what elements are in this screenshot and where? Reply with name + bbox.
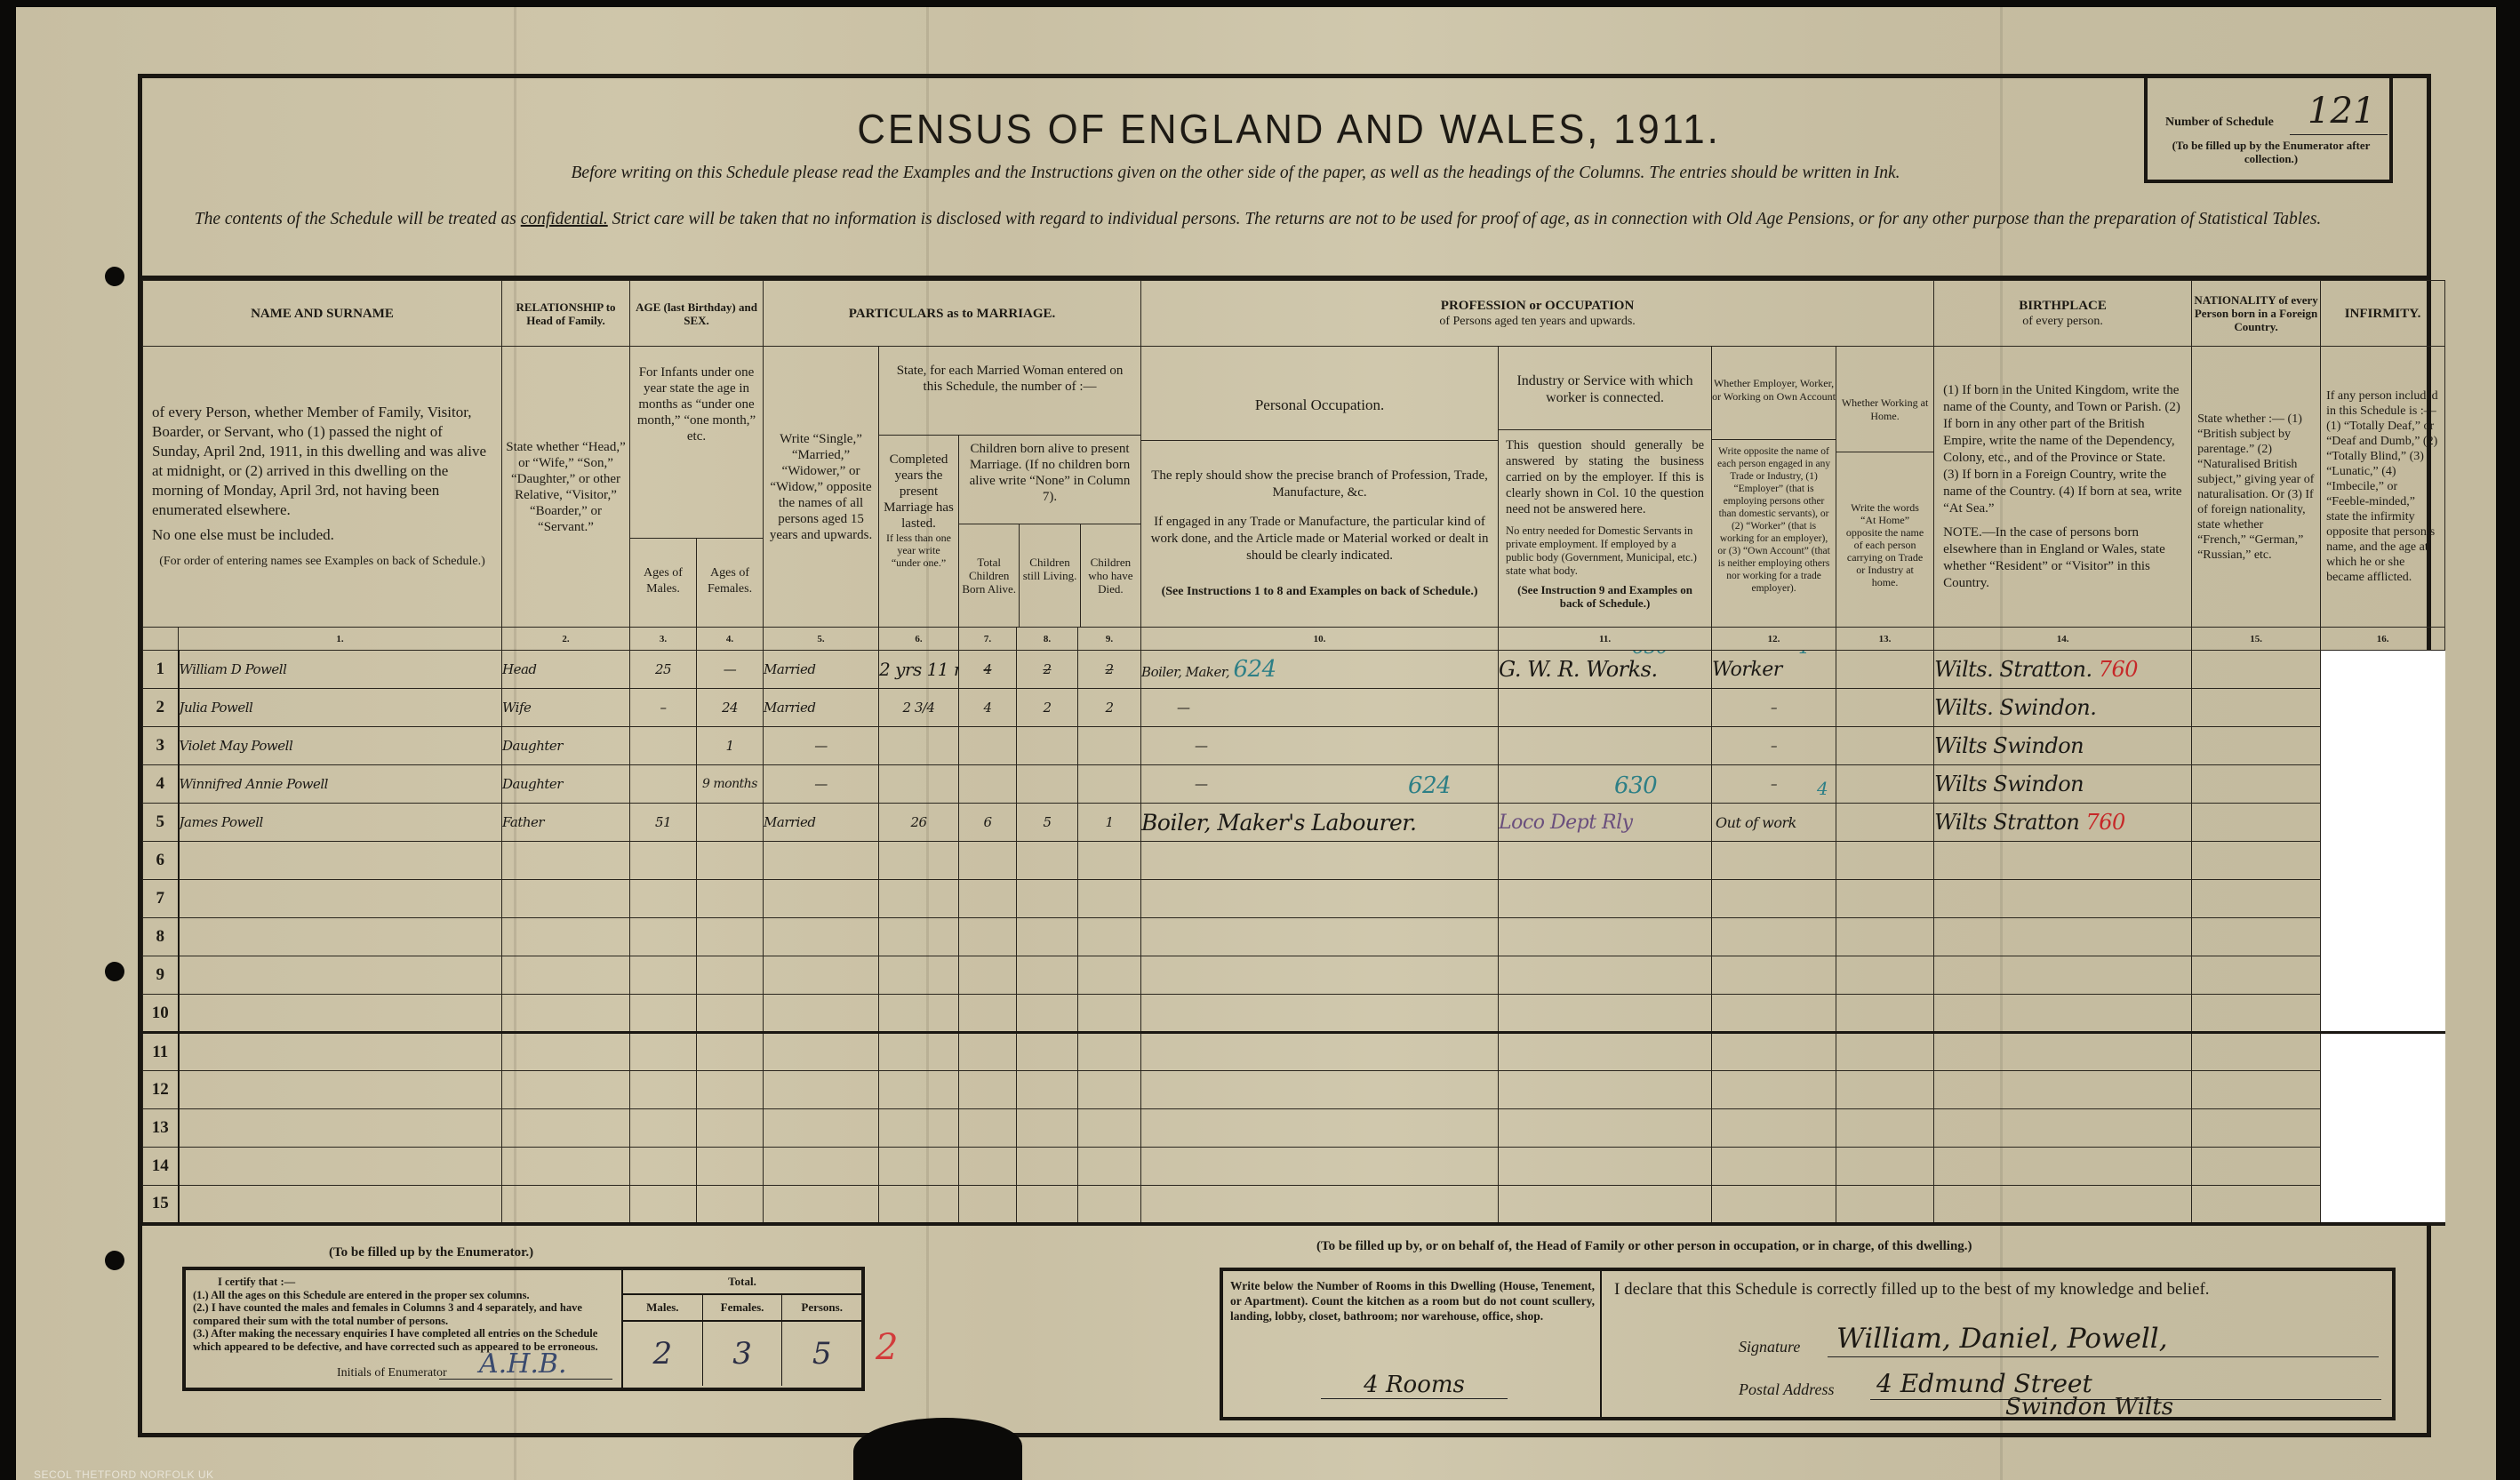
cell[interactable] <box>1934 1033 2192 1071</box>
cell-employment[interactable]: Worker4 <box>1712 651 1836 689</box>
cell[interactable] <box>879 956 959 995</box>
cell-children-living[interactable] <box>1017 765 1078 804</box>
cell-infirmity-redacted <box>2321 727 2445 765</box>
rooms-count[interactable]: 4 Rooms <box>1321 1372 1508 1399</box>
cell-employment[interactable]: –4 <box>1712 765 1836 804</box>
address-line-2[interactable]: Swindon Wilts <box>2005 1394 2173 1420</box>
cell-years-married[interactable]: 2 3/4 <box>879 689 959 727</box>
row-number: 4 <box>143 765 179 804</box>
cell-name[interactable]: Julia Powell <box>179 689 502 727</box>
cell-name[interactable] <box>179 1186 502 1224</box>
cell-occupation[interactable]: — <box>1141 727 1499 765</box>
cell-occupation[interactable]: — <box>1141 689 1499 727</box>
cell[interactable] <box>959 1186 1017 1224</box>
desc-name-no-one: No one else must be included. <box>152 525 492 545</box>
cell[interactable] <box>1712 1109 1836 1148</box>
cell[interactable] <box>1712 880 1836 918</box>
cell-children-living[interactable]: 2 <box>1017 651 1078 689</box>
cell[interactable] <box>1712 956 1836 995</box>
cell[interactable] <box>1499 1109 1712 1148</box>
cell[interactable] <box>1712 1186 1836 1224</box>
cell-years-married[interactable]: 2 yrs 11 mos <box>879 651 959 689</box>
cell[interactable] <box>502 1109 630 1148</box>
cell[interactable] <box>1017 1033 1078 1071</box>
row-number: 3 <box>143 727 179 765</box>
cell[interactable] <box>2192 956 2321 995</box>
cell-age-female[interactable]: 9 months <box>697 765 764 804</box>
column-number: 2. <box>502 628 630 651</box>
cell[interactable] <box>959 1033 1017 1071</box>
cell-at-home[interactable] <box>1836 727 1934 765</box>
employment-code-row5: 4 <box>1817 778 1828 799</box>
cell-age-male[interactable] <box>630 727 697 765</box>
cell[interactable] <box>1078 956 1141 995</box>
cell[interactable] <box>1836 1109 1934 1148</box>
total-males[interactable]: 2 <box>623 1322 703 1386</box>
cell[interactable] <box>1141 1186 1499 1224</box>
cell[interactable] <box>502 1148 630 1186</box>
column-number: 12. <box>1712 628 1836 651</box>
cell-nationality[interactable] <box>2192 727 2321 765</box>
cell-name[interactable] <box>179 995 502 1033</box>
cell-infirmity-redacted <box>2321 880 2445 918</box>
cell[interactable] <box>959 956 1017 995</box>
cell-occupation[interactable]: Boiler, Maker's Labourer. <box>1141 804 1499 842</box>
cell[interactable] <box>697 956 764 995</box>
cell-age-female[interactable]: 1 <box>697 727 764 765</box>
cell[interactable] <box>764 842 879 880</box>
table-row[interactable]: 2 Julia Powell Wife – 24 Married 2 3/4 4… <box>143 689 2445 727</box>
cell-age-male[interactable]: – <box>630 689 697 727</box>
cell-children-died[interactable]: 2 <box>1078 689 1141 727</box>
cell-birthplace[interactable]: Wilts. Swindon. <box>1934 689 2192 727</box>
header-relationship: RELATIONSHIP to Head of Family. <box>502 281 630 347</box>
table-row[interactable]: 3 Violet May Powell Daughter 1 — — – Wil… <box>143 727 2445 765</box>
desc-employer-text: Write opposite the name of each person e… <box>1712 440 1836 600</box>
cell[interactable] <box>697 918 764 956</box>
table-row-empty[interactable]: 14 <box>143 1148 2445 1186</box>
cell-relationship[interactable]: Wife <box>502 689 630 727</box>
cell[interactable] <box>1934 842 2192 880</box>
cell[interactable] <box>879 842 959 880</box>
row-number: 5 <box>143 804 179 842</box>
cell-marital[interactable]: Married <box>764 804 879 842</box>
cell[interactable] <box>697 880 764 918</box>
cell[interactable] <box>502 995 630 1033</box>
cell-children-living[interactable] <box>1017 727 1078 765</box>
cell[interactable] <box>959 880 1017 918</box>
cell-total-children[interactable]: 4 <box>959 651 1017 689</box>
cell[interactable] <box>879 1109 959 1148</box>
cell[interactable] <box>1017 918 1078 956</box>
cell-occupation[interactable]: Boiler, Maker, 624 <box>1141 651 1499 689</box>
cell[interactable] <box>630 1186 697 1224</box>
cell[interactable] <box>1934 1186 2192 1224</box>
cell-name[interactable]: James Powell <box>179 804 502 842</box>
cell-years-married[interactable] <box>879 727 959 765</box>
header-profession-title: PROFESSION or OCCUPATION <box>1141 298 1933 314</box>
cell-employment[interactable]: – <box>1712 689 1836 727</box>
cell-industry[interactable] <box>1499 689 1712 727</box>
cell[interactable] <box>630 1148 697 1186</box>
household-caption: (To be filled up by, or on behalf of, th… <box>1316 1239 1972 1254</box>
cell[interactable] <box>1078 1071 1141 1109</box>
table-row-empty[interactable]: 11 <box>143 1033 2445 1071</box>
table-row-empty[interactable]: 13 <box>143 1109 2445 1148</box>
cell[interactable] <box>2192 842 2321 880</box>
cell[interactable] <box>1078 1033 1141 1071</box>
cell[interactable] <box>630 1033 697 1071</box>
cell-name[interactable] <box>179 956 502 995</box>
cell[interactable] <box>1017 995 1078 1033</box>
cell[interactable] <box>2192 1071 2321 1109</box>
cell[interactable] <box>1499 842 1712 880</box>
cell-age-male[interactable]: 25 <box>630 651 697 689</box>
row-number: 1 <box>143 651 179 689</box>
desc-children-living: Children still Living. <box>1020 524 1080 627</box>
cell[interactable] <box>1078 918 1141 956</box>
cell[interactable] <box>764 1071 879 1109</box>
cell-total-children[interactable] <box>959 765 1017 804</box>
cell-relationship[interactable]: Father <box>502 804 630 842</box>
birthplace-code: 760 <box>2085 810 2124 835</box>
table-row-empty[interactable]: 6 <box>143 842 2445 880</box>
desc-personal-occupation: Personal Occupation. The reply should sh… <box>1141 347 1499 628</box>
desc-personal-occupation-text3: (See Instructions 1 to 8 and Examples on… <box>1141 564 1498 599</box>
cell-age-male[interactable]: 51 <box>630 804 697 842</box>
cell-name[interactable] <box>179 1148 502 1186</box>
cell[interactable] <box>502 956 630 995</box>
cell-relationship[interactable]: Head <box>502 651 630 689</box>
cell[interactable] <box>959 1148 1017 1186</box>
cell[interactable] <box>1141 842 1499 880</box>
cell[interactable] <box>879 1033 959 1071</box>
cell[interactable] <box>1017 1186 1078 1224</box>
table-row-empty[interactable]: 9 <box>143 956 2445 995</box>
desc-years-married-note: If less than one year write “under one.” <box>882 532 956 569</box>
cell[interactable] <box>1934 995 2192 1033</box>
cell-industry[interactable] <box>1499 727 1712 765</box>
cell[interactable] <box>1078 1109 1141 1148</box>
cell[interactable] <box>697 1033 764 1071</box>
cell-name[interactable]: Violet May Powell <box>179 727 502 765</box>
cell[interactable] <box>1712 842 1836 880</box>
cell-total-children[interactable]: 4 <box>959 689 1017 727</box>
table-row-empty[interactable]: 10 <box>143 995 2445 1033</box>
cell-age-male[interactable] <box>630 765 697 804</box>
confidential-post: Strict care will be taken that no inform… <box>608 210 2322 228</box>
cell[interactable] <box>1934 880 2192 918</box>
cell[interactable] <box>1499 995 1712 1033</box>
cell-at-home[interactable] <box>1836 804 1934 842</box>
desc-industry: Industry or Service with which worker is… <box>1499 347 1712 628</box>
cell[interactable] <box>1141 956 1499 995</box>
cell-marital[interactable]: Married <box>764 651 879 689</box>
totals-males-label: Males. <box>623 1295 703 1320</box>
totals-values: 2 3 5 <box>623 1322 861 1386</box>
desc-married-woman: State, for each Married Woman entered on… <box>879 347 1141 628</box>
cell-birthplace[interactable]: Wilts Swindon <box>1934 727 2192 765</box>
cell-years-married[interactable]: 26 <box>879 804 959 842</box>
column-number: 1. <box>179 628 502 651</box>
cell[interactable] <box>1836 995 1934 1033</box>
cell-employment[interactable]: Out of work <box>1712 804 1836 842</box>
cell[interactable] <box>2192 1186 2321 1224</box>
cell[interactable] <box>1078 995 1141 1033</box>
cell-nationality[interactable] <box>2192 689 2321 727</box>
column-number: 6. <box>879 628 959 651</box>
census-form: CENSUS OF ENGLAND AND WALES, 1911. Befor… <box>138 74 2431 1437</box>
cell[interactable] <box>1141 1148 1499 1186</box>
cell[interactable] <box>630 1071 697 1109</box>
cell-at-home[interactable] <box>1836 765 1934 804</box>
cell[interactable] <box>1017 1071 1078 1109</box>
cell-occupation[interactable]: —624 <box>1141 765 1499 804</box>
enumerator-caption: (To be filled up by the Enumerator.) <box>329 1245 533 1260</box>
cell[interactable] <box>697 1186 764 1224</box>
signature-label: Signature <box>1739 1338 1800 1356</box>
cell[interactable] <box>1934 1109 2192 1148</box>
cell-employment[interactable]: – <box>1712 727 1836 765</box>
cell[interactable] <box>764 1148 879 1186</box>
cell-relationship[interactable]: Daughter <box>502 765 630 804</box>
cell-infirmity-redacted <box>2321 1071 2445 1109</box>
cell[interactable] <box>764 1109 879 1148</box>
rooms-instructions: Write below the Number of Rooms in this … <box>1230 1278 1595 1324</box>
table-row-empty[interactable]: 12 <box>143 1071 2445 1109</box>
cell-name[interactable] <box>179 1033 502 1071</box>
industry-text: G. W. R. Works. <box>1499 657 1658 682</box>
cell-marital[interactable]: — <box>764 727 879 765</box>
cell-at-home[interactable] <box>1836 689 1934 727</box>
cell-birthplace[interactable]: Wilts. Stratton. 760 <box>1934 651 2192 689</box>
desc-relationship: State whether “Head,” or “Wife,” “Son,” … <box>502 347 630 628</box>
signature[interactable]: William, Daniel, Powell, <box>1836 1323 2168 1355</box>
cell[interactable] <box>1836 1071 1934 1109</box>
cell-total-children[interactable] <box>959 727 1017 765</box>
table-row-empty[interactable]: 7 <box>143 880 2445 918</box>
employment-code: 4 <box>1796 651 1809 660</box>
cell-children-died[interactable] <box>1078 727 1141 765</box>
cell-birthplace[interactable]: Wilts Swindon <box>1934 765 2192 804</box>
cell[interactable] <box>959 842 1017 880</box>
cell-name[interactable] <box>179 1071 502 1109</box>
cell[interactable] <box>697 1071 764 1109</box>
cell[interactable] <box>1836 842 1934 880</box>
cell-industry[interactable]: G. W. R. Works.630 <box>1499 651 1712 689</box>
cell-industry[interactable]: 630 <box>1499 765 1712 804</box>
table-row-empty[interactable]: 15 <box>143 1186 2445 1224</box>
cell[interactable] <box>1141 1071 1499 1109</box>
cell-years-married[interactable] <box>879 765 959 804</box>
certify-label: I certify that :— <box>193 1276 620 1289</box>
cell-infirmity-redacted <box>2321 1033 2445 1071</box>
cell-relationship[interactable]: Daughter <box>502 727 630 765</box>
cell[interactable] <box>1078 1148 1141 1186</box>
cell[interactable] <box>2192 880 2321 918</box>
cell[interactable] <box>1017 880 1078 918</box>
table-row-empty[interactable]: 8 <box>143 918 2445 956</box>
cell[interactable] <box>764 956 879 995</box>
cell[interactable] <box>764 918 879 956</box>
cell[interactable] <box>764 880 879 918</box>
cell[interactable] <box>1712 1033 1836 1071</box>
cell-nationality[interactable] <box>2192 804 2321 842</box>
cell-children-living[interactable]: 5 <box>1017 804 1078 842</box>
cell-name[interactable] <box>179 842 502 880</box>
cell[interactable] <box>1017 956 1078 995</box>
desc-age-males: Ages of Males. <box>630 539 697 627</box>
cell[interactable] <box>1499 1033 1712 1071</box>
cell-nationality[interactable] <box>2192 651 2321 689</box>
occupation-text: Boiler, Maker, <box>1141 664 1229 680</box>
cell[interactable] <box>1499 1071 1712 1109</box>
cell[interactable] <box>764 1186 879 1224</box>
cell-nationality[interactable] <box>2192 765 2321 804</box>
cell[interactable] <box>879 1186 959 1224</box>
cell[interactable] <box>1499 880 1712 918</box>
cell-age-female[interactable]: 24 <box>697 689 764 727</box>
cell[interactable] <box>502 1033 630 1071</box>
cell[interactable] <box>1017 1109 1078 1148</box>
cell[interactable] <box>1499 1186 1712 1224</box>
cell[interactable] <box>502 918 630 956</box>
cell[interactable] <box>2192 1033 2321 1071</box>
cell-marital[interactable]: — <box>764 765 879 804</box>
cell-at-home[interactable] <box>1836 651 1934 689</box>
employment-text: Worker <box>1712 659 1782 681</box>
cell[interactable] <box>959 918 1017 956</box>
cell[interactable] <box>1712 1071 1836 1109</box>
cell[interactable] <box>697 1148 764 1186</box>
desc-name: of every Person, whether Member of Famil… <box>143 347 502 628</box>
cell[interactable] <box>1141 1109 1499 1148</box>
cell[interactable] <box>1934 1071 2192 1109</box>
cell[interactable] <box>1934 1148 2192 1186</box>
cell[interactable] <box>630 880 697 918</box>
enumerator-initials[interactable]: A.H.B. <box>479 1348 566 1380</box>
cell-name[interactable] <box>179 1109 502 1148</box>
cell[interactable] <box>959 1071 1017 1109</box>
cell[interactable] <box>1078 842 1141 880</box>
header-age: AGE (last Birthday) and SEX. <box>630 281 764 347</box>
cell[interactable] <box>2192 918 2321 956</box>
cell[interactable] <box>502 842 630 880</box>
cell-total-children[interactable]: 6 <box>959 804 1017 842</box>
confidentiality-notice: The contents of the Schedule will be tre… <box>169 205 2347 233</box>
desc-birthplace-note: NOTE.—In the case of persons born elsewh… <box>1943 524 2182 592</box>
cell[interactable] <box>2192 995 2321 1033</box>
cell[interactable] <box>630 842 697 880</box>
total-persons[interactable]: 5 <box>782 1322 861 1386</box>
cell[interactable] <box>1141 918 1499 956</box>
cell[interactable] <box>1141 880 1499 918</box>
cell[interactable] <box>764 1033 879 1071</box>
cell[interactable] <box>1934 956 2192 995</box>
cell[interactable] <box>1499 956 1712 995</box>
cell[interactable] <box>630 956 697 995</box>
table-row[interactable]: 4 Winnifred Annie Powell Daughter 9 mont… <box>143 765 2445 804</box>
desc-home: Whether Working at Home. Write the words… <box>1836 347 1934 628</box>
cell[interactable] <box>1836 1033 1934 1071</box>
cell[interactable] <box>1078 880 1141 918</box>
cell-birthplace[interactable]: Wilts Stratton 760 <box>1934 804 2192 842</box>
cell[interactable] <box>879 1148 959 1186</box>
cell[interactable] <box>764 995 879 1033</box>
cell[interactable] <box>630 918 697 956</box>
cell[interactable] <box>1712 995 1836 1033</box>
cell-name[interactable]: William D Powell <box>179 651 502 689</box>
cell-age-female[interactable]: — <box>697 651 764 689</box>
cell[interactable] <box>1836 880 1934 918</box>
cell[interactable] <box>879 995 959 1033</box>
cell-children-died[interactable]: 1 <box>1078 804 1141 842</box>
cell-name[interactable]: Winnifred Annie Powell <box>179 765 502 804</box>
cell[interactable] <box>1141 995 1499 1033</box>
cell-children-living[interactable]: 2 <box>1017 689 1078 727</box>
cell[interactable] <box>959 1109 1017 1148</box>
schedule-number-box: Number of Schedule 121 (To be filled up … <box>2144 78 2393 183</box>
cell[interactable] <box>1712 918 1836 956</box>
cell[interactable] <box>630 995 697 1033</box>
cell[interactable] <box>1836 956 1934 995</box>
cell[interactable] <box>1499 918 1712 956</box>
cell[interactable] <box>879 880 959 918</box>
cell[interactable] <box>1836 1186 1934 1224</box>
schedule-number[interactable]: 121 <box>2308 91 2375 132</box>
table-row[interactable]: 5 James Powell Father 51 Married 26 6 5 … <box>143 804 2445 842</box>
cell[interactable] <box>2192 1109 2321 1148</box>
description-row: of every Person, whether Member of Famil… <box>143 347 2445 628</box>
cell[interactable] <box>502 1071 630 1109</box>
cell-children-died[interactable] <box>1078 765 1141 804</box>
total-females[interactable]: 3 <box>703 1322 783 1386</box>
cell-name[interactable] <box>179 880 502 918</box>
cell[interactable] <box>2192 1148 2321 1186</box>
cell[interactable] <box>1017 1148 1078 1186</box>
cell[interactable] <box>502 880 630 918</box>
enumerator-box: I certify that :— (1.) All the ages on t… <box>182 1267 865 1391</box>
cell-infirmity-redacted <box>2321 956 2445 995</box>
cell[interactable] <box>959 995 1017 1033</box>
cell[interactable] <box>879 918 959 956</box>
cell[interactable] <box>1934 918 2192 956</box>
cell[interactable] <box>697 1109 764 1148</box>
cell-industry[interactable]: Loco Dept Rly <box>1499 804 1712 842</box>
birthplace-code: 760 <box>2099 657 2138 682</box>
cell[interactable] <box>697 995 764 1033</box>
cell-name[interactable] <box>179 918 502 956</box>
table-row[interactable]: 1 William D Powell Head 25 — Married 2 y… <box>143 651 2445 689</box>
cell[interactable] <box>1836 1148 1934 1186</box>
instructions-line: Before writing on this Schedule please r… <box>142 164 2329 183</box>
cell-marital[interactable]: Married <box>764 689 879 727</box>
cell[interactable] <box>697 842 764 880</box>
desc-age-females: Ages of Females. <box>697 539 763 627</box>
cell[interactable] <box>630 1109 697 1148</box>
cell-age-female[interactable] <box>697 804 764 842</box>
cell[interactable] <box>879 1071 959 1109</box>
cell[interactable] <box>1078 1186 1141 1224</box>
cell[interactable] <box>1712 1148 1836 1186</box>
cell[interactable] <box>502 1186 630 1224</box>
cell[interactable] <box>1836 918 1934 956</box>
totals-subheaders: Males. Females. Persons. <box>623 1295 861 1322</box>
cell[interactable] <box>1141 1033 1499 1071</box>
cell[interactable] <box>1499 1148 1712 1186</box>
cell[interactable] <box>1017 842 1078 880</box>
cell-children-died[interactable]: 2 <box>1078 651 1141 689</box>
